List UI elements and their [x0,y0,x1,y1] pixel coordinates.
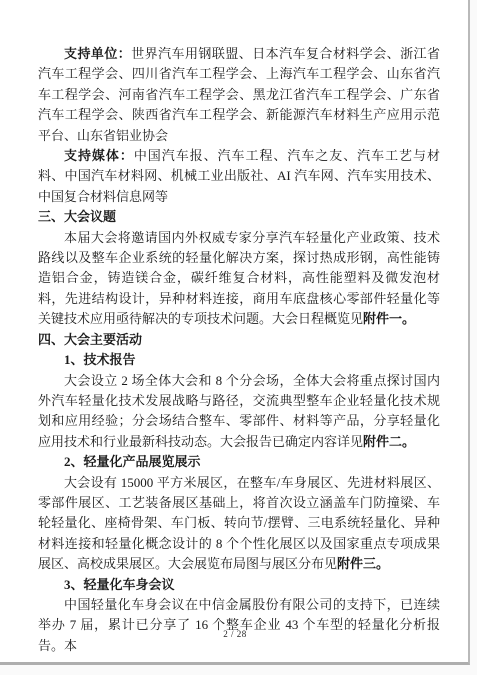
body-paragraph: 中国轻量化车身会议在中信金属股份有限公司的支持下，已连续举办 7 届，累计已分享… [38,595,440,656]
page-number: 2 / 28 [0,629,470,639]
page: 支持单位：世界汽车用钢联盟、日本汽车复合材料学会、浙江省汽车工程学会、四川省汽车… [0,0,470,665]
text-segment: 附件三。 [337,556,389,571]
text-segment: 四、大会主要活动 [38,332,142,347]
text-segment: 中国轻量化车身会议在中信金属股份有限公司的支持下，已连续举办 7 届，累计已分享… [38,597,440,653]
body-paragraph: 本届大会将邀请国内外权威专家分享汽车轻量化产业政策、技术路线以及整车企业系统的轻… [38,228,440,330]
document-body: 支持单位：世界汽车用钢联盟、日本汽车复合材料学会、浙江省汽车工程学会、四川省汽车… [38,44,440,656]
text-segment: 支持单位： [64,46,131,61]
text-segment: 1、技术报告 [64,352,136,367]
text-segment: 2、轻量化产品展览展示 [64,454,201,469]
sub-heading: 3、轻量化车身会议 [38,575,440,595]
body-paragraph: 大会设立 2 场全体大会和 8 个分会场，全体大会将重点探讨国内外汽车轻量化技术… [38,371,440,453]
section-heading: 四、大会主要活动 [38,330,440,350]
sub-heading: 1、技术报告 [38,350,440,370]
text-segment: 三、大会议题 [38,209,116,224]
body-paragraph: 支持媒体：中国汽车报、汽车工程、汽车之友、汽车工艺与材料、中国汽车材料网、机械工… [38,146,440,207]
text-segment: 3、轻量化车身会议 [64,577,175,592]
document-viewer: 支持单位：世界汽车用钢联盟、日本汽车复合材料学会、浙江省汽车工程学会、四川省汽车… [0,0,477,675]
section-heading: 三、大会议题 [38,207,440,227]
body-paragraph: 支持单位：世界汽车用钢联盟、日本汽车复合材料学会、浙江省汽车工程学会、四川省汽车… [38,44,440,146]
text-segment: 支持媒体： [64,148,134,163]
text-segment: 附件二。 [363,434,415,449]
text-segment: 附件一。 [363,311,415,326]
body-paragraph: 大会设有 15000 平方米展区，在整车/车身展区、先进材料展区、零部件展区、工… [38,473,440,575]
sub-heading: 2、轻量化产品展览展示 [38,452,440,472]
